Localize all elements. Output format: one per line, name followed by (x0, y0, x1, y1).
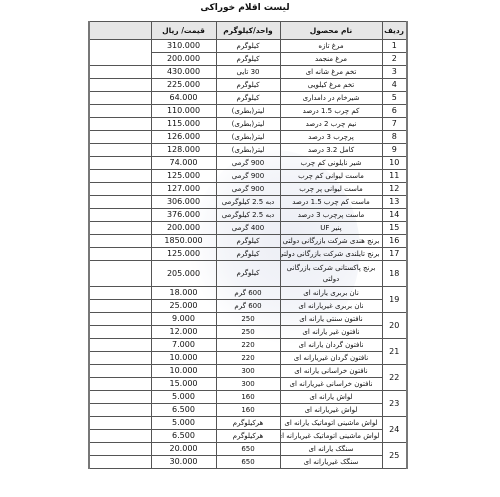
unit-cell: 300 (216, 378, 280, 391)
table-row: 9.000250نافتون سنتی یارانه ای20 (89, 313, 407, 326)
unit-cell: 650 (216, 443, 280, 456)
table-row: 128.000لیتر(بطری)کامل 3.2 درصد9 (89, 144, 407, 157)
header-empty (89, 22, 151, 40)
rank-cell: 12 (382, 183, 407, 196)
unit-cell: 300 (216, 365, 280, 378)
empty-cell (89, 313, 151, 326)
table-header-row: قیمت/ ریال واحد/کیلوگرم نام محصول ردیف (89, 22, 407, 40)
unit-cell: 30 تایی (216, 66, 280, 79)
table-row: 25.000600 گرمنان بربری غیریارانه ای (89, 300, 407, 313)
price-cell: 127.000 (151, 183, 216, 196)
price-cell: 6.500 (151, 430, 216, 443)
empty-cell (89, 92, 151, 105)
empty-cell (89, 248, 151, 261)
table-row: 225.000کیلوگرمتخم مرغ کیلویی4 (89, 79, 407, 92)
price-cell: 74.000 (151, 157, 216, 170)
price-cell: 10.000 (151, 352, 216, 365)
rank-cell: 4 (382, 79, 407, 92)
product-name-cell: مرغ منجمد (280, 53, 382, 66)
table-row: 1850.000کیلوگرمبرنج هندی شرکت بازرگانی د… (89, 235, 407, 248)
unit-cell: 400 گرمی (216, 222, 280, 235)
empty-cell (89, 300, 151, 313)
product-name-cell: لواش یارانه ای (280, 391, 382, 404)
empty-cell (89, 79, 151, 92)
empty-cell (89, 222, 151, 235)
rank-cell: 19 (382, 287, 407, 313)
table-row: 15.000300نافتون خراسانی غیریارانه ای (89, 378, 407, 391)
price-cell: 7.000 (151, 339, 216, 352)
price-cell: 205.000 (151, 261, 216, 287)
empty-cell (89, 170, 151, 183)
product-name-cell: نافتون گردان غیریارانه ای (280, 352, 382, 365)
unit-cell: کیلوگرم (216, 79, 280, 92)
table-row: 115.000لیتر(بطری)نیم چرب 2 درصد7 (89, 118, 407, 131)
product-name-cell: تخم مرغ کیلویی (280, 79, 382, 92)
rank-cell: 1 (382, 40, 407, 53)
unit-cell: 250 (216, 313, 280, 326)
rank-cell: 21 (382, 339, 407, 365)
empty-cell (89, 66, 151, 79)
unit-cell: دبه 2.5 کیلوگرمی (216, 209, 280, 222)
header-rank: ردیف (382, 22, 407, 40)
product-name-cell: ماست لیوانی کم چرب (280, 170, 382, 183)
price-cell: 225.000 (151, 79, 216, 92)
product-name-cell: برنج هندی شرکت بازرگانی دولتی (280, 235, 382, 248)
empty-cell (89, 196, 151, 209)
rank-cell: 17 (382, 248, 407, 261)
table-row: 310.000کیلوگرممرغ تازه1 (89, 40, 407, 53)
unit-cell: لیتر(بطری) (216, 105, 280, 118)
table-row: 376.000دبه 2.5 کیلوگرمیماست پرچرب 3 درصد… (89, 209, 407, 222)
price-cell: 200.000 (151, 53, 216, 66)
table-row: 306.000دبه 2.5 کیلوگرمیماست کم چرب 1.5 د… (89, 196, 407, 209)
price-cell: 125.000 (151, 248, 216, 261)
product-name-cell: پنیر UF (280, 222, 382, 235)
rank-cell: 3 (382, 66, 407, 79)
rank-cell: 5 (382, 92, 407, 105)
price-cell: 128.000 (151, 144, 216, 157)
empty-cell (89, 235, 151, 248)
empty-cell (89, 183, 151, 196)
header-unit: واحد/کیلوگرم (216, 22, 280, 40)
rank-cell: 25 (382, 443, 407, 469)
product-name-cell: لواش غیریارانه ای (280, 404, 382, 417)
unit-cell: لیتر(بطری) (216, 144, 280, 157)
product-name-cell: برنج پاکستانی شرکت بازرگانی دولتی (280, 261, 382, 287)
table-row: 6.500160لواش غیریارانه ای (89, 404, 407, 417)
product-name-cell: کم چرب 1.5 درصد (280, 105, 382, 118)
unit-cell: 900 گرمی (216, 157, 280, 170)
price-cell: 115.000 (151, 118, 216, 131)
product-name-cell: شیرخام در دامداری (280, 92, 382, 105)
product-name-cell: لواش ماشینی اتوماتیک یارانه ای (280, 417, 382, 430)
empty-cell (89, 131, 151, 144)
rank-cell: 6 (382, 105, 407, 118)
table-row: 126.000لیتر(بطری)پرچرب 3 درصد8 (89, 131, 407, 144)
empty-cell (89, 378, 151, 391)
price-cell: 310.000 (151, 40, 216, 53)
price-cell: 18.000 (151, 287, 216, 300)
product-name-cell: نان بربری یارانه ای (280, 287, 382, 300)
unit-cell: هرکیلوگرم (216, 430, 280, 443)
unit-cell: هرکیلوگرم (216, 417, 280, 430)
empty-cell (89, 326, 151, 339)
rank-cell: 18 (382, 261, 407, 287)
rank-cell: 22 (382, 365, 407, 391)
table-row: 6.500هرکیلوگرملواش ماشینی اتوماتیک غیریا… (89, 430, 407, 443)
empty-cell (89, 105, 151, 118)
rank-cell: 10 (382, 157, 407, 170)
empty-cell (89, 365, 151, 378)
price-cell: 12.000 (151, 326, 216, 339)
product-name-cell: سنگک غیریارانه ای (280, 456, 382, 469)
price-cell: 5.000 (151, 391, 216, 404)
unit-cell: 220 (216, 352, 280, 365)
empty-cell (89, 144, 151, 157)
document-title: لیست اقلام خوراکی (0, 3, 490, 13)
empty-cell (89, 40, 151, 66)
table-row: 125.000900 گرمیماست لیوانی کم چرب11 (89, 170, 407, 183)
price-cell: 30.000 (151, 456, 216, 469)
product-name-cell: برنج تایلندی شرکت بازرگانی دولتی (280, 248, 382, 261)
product-name-cell: نافتون غیر یارانه ای (280, 326, 382, 339)
product-name-cell: تخم مرغ شانه ای (280, 66, 382, 79)
table-row: 5.000هرکیلوگرملواش ماشینی اتوماتیک یاران… (89, 417, 407, 430)
product-name-cell: نافتون سنتی یارانه ای (280, 313, 382, 326)
price-cell: 6.500 (151, 404, 216, 417)
unit-cell: کیلوگرم (216, 248, 280, 261)
empty-cell (89, 430, 151, 443)
rank-cell: 9 (382, 144, 407, 157)
empty-cell (89, 157, 151, 170)
price-cell: 10.000 (151, 365, 216, 378)
table-row: 18.000600 گرمنان بربری یارانه ای19 (89, 287, 407, 300)
product-name-cell: نان بربری غیریارانه ای (280, 300, 382, 313)
unit-cell: کیلوگرم (216, 92, 280, 105)
product-name-cell: کامل 3.2 درصد (280, 144, 382, 157)
product-name-cell: نافتون خراسانی یارانه ای (280, 365, 382, 378)
unit-cell: 220 (216, 339, 280, 352)
empty-cell (89, 456, 151, 469)
table-row: 127.000900 گرمیماست لیوانی پر چرب12 (89, 183, 407, 196)
price-cell: 15.000 (151, 378, 216, 391)
rank-cell: 2 (382, 53, 407, 66)
unit-cell: 600 گرم (216, 287, 280, 300)
unit-cell: 650 (216, 456, 280, 469)
rank-cell: 8 (382, 131, 407, 144)
table-row: 430.00030 تاییتخم مرغ شانه ای3 (89, 66, 407, 79)
unit-cell: 160 (216, 391, 280, 404)
product-name-cell: سنگک یارانه ای (280, 443, 382, 456)
empty-cell (89, 118, 151, 131)
table-row: 12.000250نافتون غیر یارانه ای (89, 326, 407, 339)
table-row: 74.000900 گرمیشیر نایلونی کم چرب10 (89, 157, 407, 170)
empty-cell (89, 339, 151, 352)
table-row: 125.000کیلوگرمبرنج تایلندی شرکت بازرگانی… (89, 248, 407, 261)
unit-cell: لیتر(بطری) (216, 131, 280, 144)
table-row: 200.000400 گرمیپنیر UF15 (89, 222, 407, 235)
unit-cell: کیلوگرم (216, 53, 280, 66)
table-row: 30.000650سنگک غیریارانه ای (89, 456, 407, 469)
unit-cell: 900 گرمی (216, 170, 280, 183)
empty-cell (89, 404, 151, 417)
rank-cell: 20 (382, 313, 407, 339)
table-row: 10.000300نافتون خراسانی یارانه ای22 (89, 365, 407, 378)
unit-cell: 160 (216, 404, 280, 417)
product-name-cell: نیم چرب 2 درصد (280, 118, 382, 131)
header-price: قیمت/ ریال (151, 22, 216, 40)
empty-cell (89, 287, 151, 300)
table-row: 10.000220نافتون گردان غیریارانه ای (89, 352, 407, 365)
unit-cell: کیلوگرم (216, 261, 280, 287)
price-cell: 25.000 (151, 300, 216, 313)
table-row: 64.000کیلوگرمشیرخام در دامداری5 (89, 92, 407, 105)
price-cell: 306.000 (151, 196, 216, 209)
price-cell: 110.000 (151, 105, 216, 118)
product-name-cell: ماست لیوانی پر چرب (280, 183, 382, 196)
rank-cell: 23 (382, 391, 407, 417)
empty-cell (89, 352, 151, 365)
product-name-cell: لواش ماشینی اتوماتیک غیریارانه ای (280, 430, 382, 443)
rank-cell: 24 (382, 417, 407, 443)
table-body: 310.000کیلوگرممرغ تازه1200.000کیلوگرممرغ… (89, 40, 407, 469)
food-price-table: قیمت/ ریال واحد/کیلوگرم نام محصول ردیف 3… (88, 21, 408, 469)
table-row: 20.000650سنگک یارانه ای25 (89, 443, 407, 456)
product-name-cell: پرچرب 3 درصد (280, 131, 382, 144)
rank-cell: 7 (382, 118, 407, 131)
unit-cell: کیلوگرم (216, 235, 280, 248)
table-row: 5.000160لواش یارانه ای23 (89, 391, 407, 404)
unit-cell: لیتر(بطری) (216, 118, 280, 131)
table-row: 110.000لیتر(بطری)کم چرب 1.5 درصد6 (89, 105, 407, 118)
table-row: 7.000220نافتون گردان یارانه ای21 (89, 339, 407, 352)
price-cell: 1850.000 (151, 235, 216, 248)
price-cell: 64.000 (151, 92, 216, 105)
empty-cell (89, 209, 151, 222)
price-cell: 200.000 (151, 222, 216, 235)
header-name: نام محصول (280, 22, 382, 40)
rank-cell: 13 (382, 196, 407, 209)
unit-cell: دبه 2.5 کیلوگرمی (216, 196, 280, 209)
product-name-cell: ماست پرچرب 3 درصد (280, 209, 382, 222)
table-row: 205.000کیلوگرمبرنج پاکستانی شرکت بازرگان… (89, 261, 407, 287)
price-cell: 9.000 (151, 313, 216, 326)
price-cell: 126.000 (151, 131, 216, 144)
price-cell: 376.000 (151, 209, 216, 222)
unit-cell: کیلوگرم (216, 40, 280, 53)
price-cell: 125.000 (151, 170, 216, 183)
rank-cell: 11 (382, 170, 407, 183)
unit-cell: 900 گرمی (216, 183, 280, 196)
price-cell: 430.000 (151, 66, 216, 79)
unit-cell: 250 (216, 326, 280, 339)
empty-cell (89, 443, 151, 456)
empty-cell (89, 391, 151, 404)
rank-cell: 16 (382, 235, 407, 248)
rank-cell: 15 (382, 222, 407, 235)
product-name-cell: نافتون خراسانی غیریارانه ای (280, 378, 382, 391)
empty-cell (89, 417, 151, 430)
price-cell: 20.000 (151, 443, 216, 456)
product-name-cell: مرغ تازه (280, 40, 382, 53)
product-name-cell: ماست کم چرب 1.5 درصد (280, 196, 382, 209)
unit-cell: 600 گرم (216, 300, 280, 313)
product-name-cell: شیر نایلونی کم چرب (280, 157, 382, 170)
empty-cell (89, 261, 151, 287)
price-cell: 5.000 (151, 417, 216, 430)
rank-cell: 14 (382, 209, 407, 222)
product-name-cell: نافتون گردان یارانه ای (280, 339, 382, 352)
